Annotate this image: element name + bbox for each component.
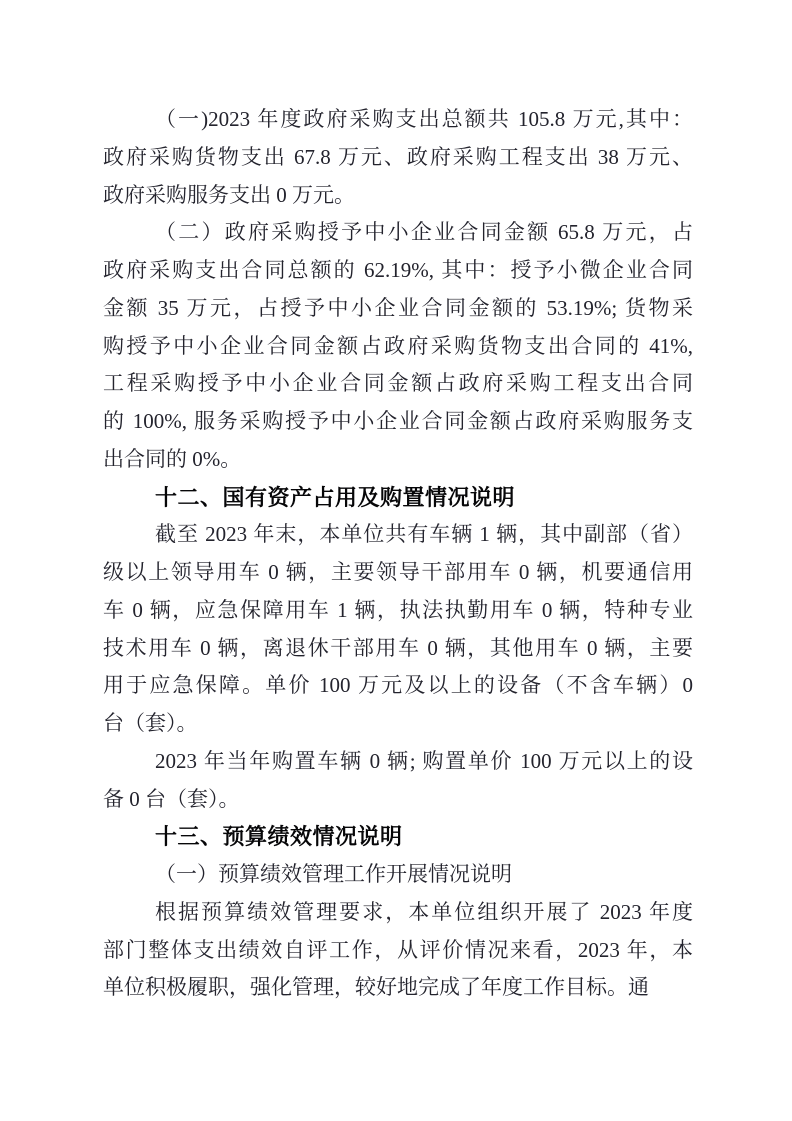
text-line: 单位积极履职，强化管理，较好地完成了年度工作目标。通 <box>103 969 693 1007</box>
text-line: 政府采购服务支出 0 万元。 <box>103 177 693 215</box>
text-line: 车 0 辆，应急保障用车 1 辆，执法执勤用车 0 辆，特种专业 <box>103 592 693 630</box>
text-line: 政府采购支出合同总额的 62.19%, 其中：授予小微企业合同 <box>103 252 693 290</box>
text-line: 级以上领导用车 0 辆，主要领导干部用车 0 辆，机要通信用 <box>103 554 693 592</box>
text-line: （一)2023 年度政府采购支出总额共 105.8 万元,其中： <box>103 101 693 139</box>
text-line: 出合同的 0%。 <box>103 441 693 479</box>
text-line: 技术用车 0 辆，离退休干部用车 0 辆，其他用车 0 辆，主要 <box>103 630 693 668</box>
text-line: 政府采购货物支出 67.8 万元、政府采购工程支出 38 万元、 <box>103 139 693 177</box>
document-content: （一)2023 年度政府采购支出总额共 105.8 万元,其中：政府采购货物支出… <box>103 101 693 1007</box>
text-line: 工程采购授予中小企业合同金额占政府采购工程支出合同 <box>103 365 693 403</box>
text-line: 购授予中小企业合同金额占政府采购货物支出合同的 41%, <box>103 328 693 366</box>
section-heading: 十三、预算绩效情况说明 <box>103 818 693 856</box>
document-page: （一)2023 年度政府采购支出总额共 105.8 万元,其中：政府采购货物支出… <box>0 0 792 1121</box>
text-line: 的 100%, 服务采购授予中小企业合同金额占政府采购服务支 <box>103 403 693 441</box>
text-line: 根据预算绩效管理要求，本单位组织开展了 2023 年度 <box>103 894 693 932</box>
text-line: 2023 年当年购置车辆 0 辆; 购置单价 100 万元以上的设 <box>103 743 693 781</box>
text-line: 截至 2023 年末，本单位共有车辆 1 辆，其中副部（省） <box>103 516 693 554</box>
text-line: 金额 35 万元，占授予中小企业合同金额的 53.19%; 货物采 <box>103 290 693 328</box>
text-line: （二）政府采购授予中小企业合同金额 65.8 万元，占 <box>103 214 693 252</box>
text-line: 台（套）。 <box>103 705 693 743</box>
text-line: 部门整体支出绩效自评工作，从评价情况来看，2023 年，本 <box>103 932 693 970</box>
text-line: 用于应急保障。单价 100 万元及以上的设备（不含车辆）0 <box>103 667 693 705</box>
section-heading: 十二、国有资产占用及购置情况说明 <box>103 479 693 517</box>
text-line: （一）预算绩效管理工作开展情况说明 <box>103 856 693 894</box>
text-line: 备 0 台（套）。 <box>103 781 693 819</box>
